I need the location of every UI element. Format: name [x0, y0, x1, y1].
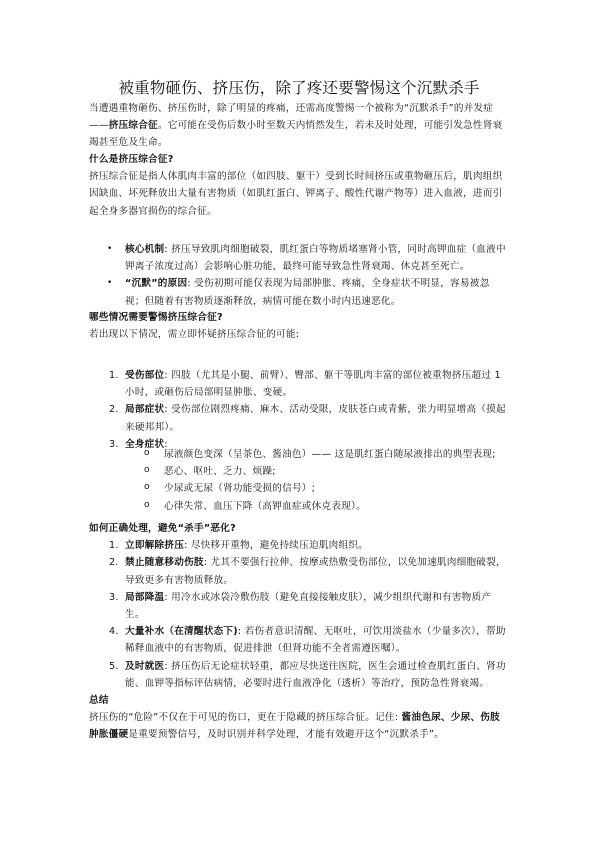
list-item-label: “沉默”的原因: [125, 278, 187, 289]
list-item: • “沉默”的原因: 受伤初期可能仅表现为局部肿胀、疼痛，全身症状不明显，容易被…: [89, 275, 509, 309]
list-number: 5.: [109, 658, 119, 675]
sub-list-item: o 尿液颜色变深（呈茶色、酱油色）—— 这是肌红蛋白随尿液排出的典型表现;: [89, 446, 509, 463]
list-item-label: 及时就医: [125, 661, 164, 672]
list-item: 1. 立即解除挤压: 尽快移开重物，避免持续压迫肌肉组织。: [89, 537, 509, 554]
list-item-text: : 受伤部位剧烈疼痛、麻木、活动受限，皮肤苍白或青紫，张力明显增高（摸起来硬邦邦…: [125, 404, 506, 432]
section-what: 什么是挤压综合征? 挤压综合征是指人体肌肉丰富的部位（如四肢、躯干）受到长时间挤…: [89, 151, 509, 220]
list-item: 4. 大量补水（在清醒状态下): 若伤者意识清醒、无呕吐，可饮用淡盐水（少量多次…: [89, 623, 509, 657]
sub-list-item: o 心律失常、血压下降（高钾血症或休克表现）。: [89, 498, 509, 515]
list-item: • 核心机制: 挤压导致肌肉细胞破裂，肌红蛋白等物质堵塞肾小管，同时高钾血症（血…: [89, 241, 509, 275]
section-how-heading: 如何正确处理，避免“杀手”恶化?: [89, 520, 509, 537]
circle-bullet-icon: o: [144, 497, 150, 514]
sub-list-item-text: 尿液颜色变深（呈茶色、酱油色）—— 这是肌红蛋白随尿液排出的典型表现;: [164, 449, 496, 460]
section-summary: 总结 挤压伤的“危险”不仅在于可见的伤口，更在于隐藏的挤压综合征。记住: 酱油色…: [89, 692, 509, 744]
sub-list-item-text: 恶心、呕吐、乏力、烦躁;: [164, 466, 276, 477]
section-what-body: 挤压综合征是指人体肌肉丰富的部位（如四肢、躯干）受到长时间挤压或重物砸压后，肌肉…: [89, 168, 509, 220]
sub-list-item: o 少尿或无尿（肾功能受损的信号）;: [89, 480, 509, 497]
bullet-icon: •: [107, 241, 113, 258]
section-how: 如何正确处理，避免“杀手”恶化? 1. 立即解除挤压: 尽快移开重物，避免持续压…: [89, 520, 509, 692]
section-when-intro: 若出现以下情况，需立即怀疑挤压综合征的可能:: [89, 326, 509, 343]
list-item-text: : 尽快移开重物，避免持续压迫肌肉组织。: [184, 540, 368, 551]
list-item-label: 立即解除挤压: [125, 540, 184, 551]
list-item-text: : 用冷水或冰袋冷敷伤肢（避免直接接触皮肤），减少组织代谢和有害物质产生。: [125, 592, 491, 620]
sub-list-item: o 恶心、呕吐、乏力、烦躁;: [89, 463, 509, 480]
list-item: 2. 禁止随意移动伤肢: 尤其不要强行拉伸、按摩或热敷受伤部位，以免加速肌肉细胞…: [89, 554, 509, 588]
list-number: 3.: [109, 589, 119, 606]
list-item-text: : 四肢（尤其是小腿、前臂）、臀部、躯干等肌肉丰富的部位被重物挤压超过 1 小时…: [125, 370, 501, 398]
bullet-icon: •: [107, 275, 113, 292]
sub-list-item-text: 心律失常、血压下降（高钾血症或休克表现）。: [164, 501, 366, 512]
list-number: 1.: [109, 537, 119, 554]
list-item-label: 局部症状: [125, 404, 164, 415]
mechanism-list: • 核心机制: 挤压导致肌肉细胞破裂，肌红蛋白等物质堵塞肾小管，同时高钾血症（血…: [89, 241, 509, 310]
systemic-symptom-sublist: o 尿液颜色变深（呈茶色、酱油色）—— 这是肌红蛋白随尿液排出的典型表现; o …: [89, 446, 509, 515]
list-number: 1.: [109, 367, 119, 384]
list-item-label: 核心机制: [125, 244, 164, 255]
list-item: 2. 局部症状: 受伤部位剧烈疼痛、麻木、活动受限，皮肤苍白或青紫，张力明显增高…: [89, 401, 509, 435]
section-when: 哪些情况需要警惕挤压综合征? 若出现以下情况，需立即怀疑挤压综合征的可能:: [89, 309, 509, 343]
summary-text-1: 挤压伤的“危险”不仅在于可见的伤口，更在于隐藏的挤压综合征。记住:: [89, 712, 402, 723]
summary-text-2: 是重要预警信号，及时识别并科学处理，才能有效避开这个“沉默杀手”。: [128, 729, 444, 740]
list-item: 5. 及时就医: 挤压伤后无论症状轻重，都应尽快送往医院，医生会通过检查肌红蛋白…: [89, 658, 509, 692]
summary-heading: 总结: [89, 692, 509, 709]
intro-bold-term: 挤压综合征: [109, 120, 158, 131]
circle-bullet-icon: o: [144, 445, 150, 462]
symptom-list: 1. 受伤部位: 四肢（尤其是小腿、前臂）、臀部、躯干等肌肉丰富的部位被重物挤压…: [89, 367, 509, 453]
circle-bullet-icon: o: [144, 479, 150, 496]
section-when-heading: 哪些情况需要警惕挤压综合征?: [89, 309, 509, 326]
list-item-label: 大量补水（在清醒状态下): [125, 626, 238, 637]
list-item-label: 局部降温: [125, 592, 164, 603]
summary-body: 挤压伤的“危险”不仅在于可见的伤口，更在于隐藏的挤压综合征。记住: 酱油色尿、少…: [89, 709, 509, 743]
list-item-label: 禁止随意移动伤肢: [125, 557, 204, 568]
list-number: 4.: [109, 623, 119, 640]
list-item: 3. 局部降温: 用冷水或冰袋冷敷伤肢（避免直接接触皮肤），减少组织代谢和有害物…: [89, 589, 509, 623]
circle-bullet-icon: o: [144, 462, 150, 479]
list-item-text: : 挤压伤后无论症状轻重，都应尽快送往医院，医生会通过检查肌红蛋白、肾功能、血钾…: [125, 661, 506, 689]
sub-list-item-text: 少尿或无尿（肾功能受损的信号）;: [164, 483, 315, 494]
list-item-text: : 挤压导致肌肉细胞破裂，肌红蛋白等物质堵塞肾小管，同时高钾血症（血液中钾离子浓…: [125, 244, 506, 272]
section-what-heading: 什么是挤压综合征?: [89, 151, 509, 168]
list-number: 2.: [109, 401, 119, 418]
list-number: 2.: [109, 554, 119, 571]
list-item: 1. 受伤部位: 四肢（尤其是小腿、前臂）、臀部、躯干等肌肉丰富的部位被重物挤压…: [89, 367, 509, 401]
page-title: 被重物砸伤、挤压伤，除了疼还要警惕这个沉默杀手: [89, 78, 509, 98]
list-item-label: 受伤部位: [125, 370, 164, 381]
intro-paragraph: 当遭遇重物砸伤、挤压伤时，除了明显的疼痛，还需高度警惕一个被称为“沉默杀手”的并…: [89, 100, 509, 152]
